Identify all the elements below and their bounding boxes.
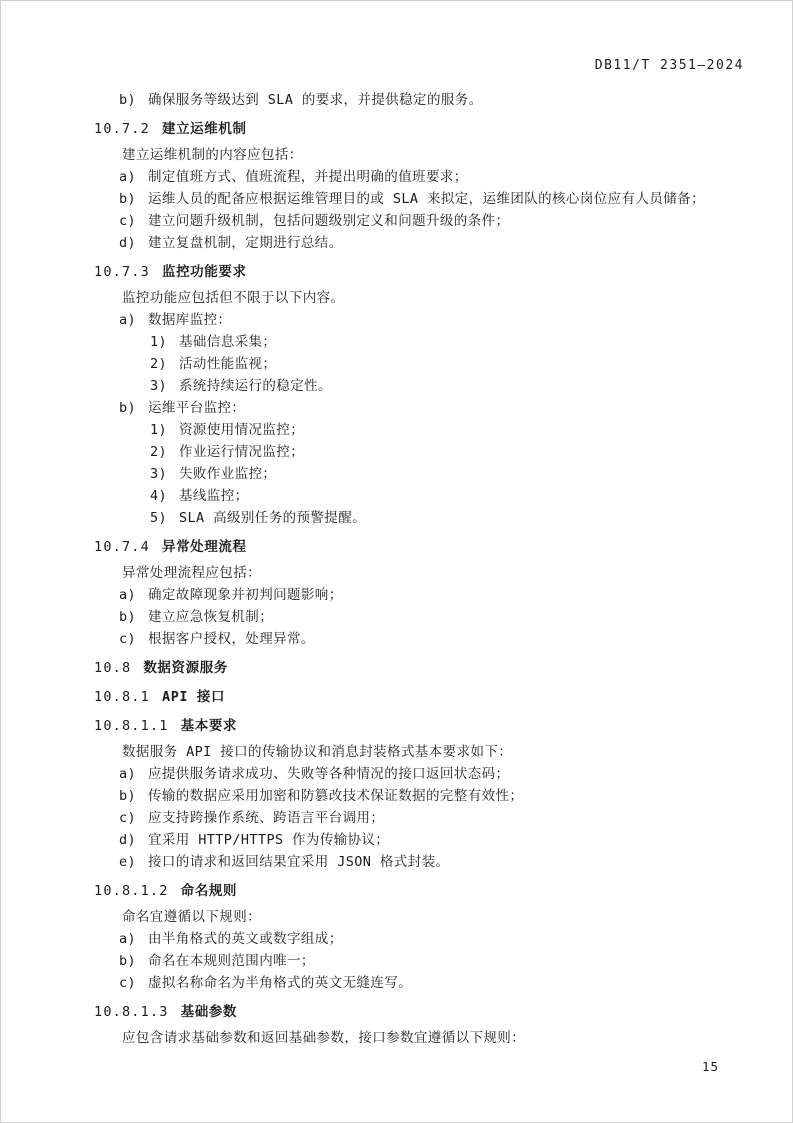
list-item: a)数据库监控：	[94, 309, 746, 331]
list-marker: 3)	[150, 463, 179, 485]
section-heading: 10.8.1.1基本要求	[94, 715, 746, 737]
list-marker: a)	[119, 584, 148, 606]
list-marker: c)	[119, 972, 148, 994]
list-marker: a)	[119, 309, 148, 331]
heading-title: 建立运维机制	[162, 121, 247, 137]
list-marker: 1)	[150, 419, 179, 441]
section-heading: 10.7.4异常处理流程	[94, 536, 746, 558]
document-page: DB11/T 2351—2024 b)确保服务等级达到 SLA 的要求，并提供稳…	[0, 0, 793, 1123]
list-marker: 2)	[150, 441, 179, 463]
paragraph: 数据服务 API 接口的传输协议和消息封装格式基本要求如下：	[94, 741, 746, 763]
list-item: b)传输的数据应采用加密和防篡改技术保证数据的完整有效性；	[94, 785, 746, 807]
section-heading: 10.7.2建立运维机制	[94, 118, 746, 140]
list-item-text: 由半角格式的英文或数字组成；	[148, 928, 746, 950]
list-marker: 5)	[150, 507, 179, 529]
list-item-text: 根据客户授权，处理异常。	[148, 628, 746, 650]
list-item: 2)作业运行情况监控；	[94, 441, 746, 463]
heading-number: 10.7.4	[94, 539, 150, 555]
paragraph: 建立运维机制的内容应包括：	[94, 144, 746, 166]
heading-title: API 接口	[162, 689, 225, 705]
heading-title: 命名规则	[181, 883, 237, 899]
list-item: b)确保服务等级达到 SLA 的要求，并提供稳定的服务。	[94, 89, 746, 111]
list-item-text: 确定故障现象并初判问题影响；	[148, 584, 746, 606]
list-marker: b)	[119, 606, 148, 628]
list-item-text: 运维人员的配备应根据运维管理目的或 SLA 来拟定，运维团队的核心岗位应有人员储…	[148, 188, 746, 210]
page-number: 15	[702, 1059, 719, 1074]
heading-number: 10.8.1.2	[94, 883, 169, 899]
list-item: b)运维人员的配备应根据运维管理目的或 SLA 来拟定，运维团队的核心岗位应有人…	[94, 188, 746, 210]
list-item: c)虚拟名称命名为半角格式的英文无缝连写。	[94, 972, 746, 994]
list-marker: e)	[119, 851, 148, 873]
list-item-text: 传输的数据应采用加密和防篡改技术保证数据的完整有效性；	[148, 785, 746, 807]
heading-title: 监控功能要求	[162, 264, 247, 280]
list-item: d)宜采用 HTTP/HTTPS 作为传输协议；	[94, 829, 746, 851]
list-item: a)由半角格式的英文或数字组成；	[94, 928, 746, 950]
heading-title: 异常处理流程	[162, 539, 247, 555]
list-item-text: 数据库监控：	[148, 309, 746, 331]
list-item-text: 确保服务等级达到 SLA 的要求，并提供稳定的服务。	[148, 89, 746, 111]
paragraph: 监控功能应包括但不限于以下内容。	[94, 287, 746, 309]
list-marker: b)	[119, 785, 148, 807]
list-item-text: 建立问题升级机制，包括问题级别定义和问题升级的条件；	[148, 210, 746, 232]
list-item-text: 制定值班方式、值班流程，并提出明确的值班要求；	[148, 166, 746, 188]
list-item: e)接口的请求和返回结果宜采用 JSON 格式封装。	[94, 851, 746, 873]
heading-number: 10.8.1.1	[94, 718, 169, 734]
list-item: 3)失败作业监控；	[94, 463, 746, 485]
section-heading: 10.8.1.2命名规则	[94, 880, 746, 902]
heading-number: 10.8.1	[94, 689, 150, 705]
list-marker: b)	[119, 397, 148, 419]
list-item-text: 基线监控；	[179, 485, 746, 507]
content: b)确保服务等级达到 SLA 的要求，并提供稳定的服务。10.7.2建立运维机制…	[94, 89, 746, 1049]
list-item: 5)SLA 高级别任务的预警提醒。	[94, 507, 746, 529]
list-item: 2)活动性能监视；	[94, 353, 746, 375]
list-item-text: 接口的请求和返回结果宜采用 JSON 格式封装。	[148, 851, 746, 873]
list-marker: b)	[119, 950, 148, 972]
paragraph: 异常处理流程应包括：	[94, 562, 746, 584]
list-item-text: 资源使用情况监控；	[179, 419, 746, 441]
list-item: b)命名在本规则范围内唯一；	[94, 950, 746, 972]
list-marker: b)	[119, 89, 148, 111]
list-marker: 3)	[150, 375, 179, 397]
list-item-text: 基础信息采集；	[179, 331, 746, 353]
list-item-text: 系统持续运行的稳定性。	[179, 375, 746, 397]
list-marker: c)	[119, 807, 148, 829]
list-item-text: 运维平台监控：	[148, 397, 746, 419]
heading-title: 数据资源服务	[143, 660, 228, 676]
paragraph: 命名宜遵循以下规则：	[94, 906, 746, 928]
list-marker: 1)	[150, 331, 179, 353]
list-item: 1)资源使用情况监控；	[94, 419, 746, 441]
list-marker: 4)	[150, 485, 179, 507]
list-item: c)根据客户授权，处理异常。	[94, 628, 746, 650]
heading-title: 基本要求	[181, 718, 237, 734]
heading-title: 基础参数	[181, 1004, 237, 1020]
section-heading: 10.8.1.3基础参数	[94, 1001, 746, 1023]
list-item: b)运维平台监控：	[94, 397, 746, 419]
list-item-text: SLA 高级别任务的预警提醒。	[179, 507, 746, 529]
heading-number: 10.8	[94, 660, 131, 676]
paragraph: 应包含请求基础参数和返回基础参数，接口参数宜遵循以下规则：	[94, 1027, 746, 1049]
list-item-text: 建立应急恢复机制；	[148, 606, 746, 628]
list-item: a)应提供服务请求成功、失败等各种情况的接口返回状态码；	[94, 763, 746, 785]
list-item: 1)基础信息采集；	[94, 331, 746, 353]
list-marker: d)	[119, 232, 148, 254]
list-item-text: 宜采用 HTTP/HTTPS 作为传输协议；	[148, 829, 746, 851]
list-item-text: 虚拟名称命名为半角格式的英文无缝连写。	[148, 972, 746, 994]
list-item: d)建立复盘机制，定期进行总结。	[94, 232, 746, 254]
list-marker: a)	[119, 928, 148, 950]
list-item: 4)基线监控；	[94, 485, 746, 507]
list-item: c)应支持跨操作系统、跨语言平台调用；	[94, 807, 746, 829]
list-marker: 2)	[150, 353, 179, 375]
section-heading: 10.7.3监控功能要求	[94, 261, 746, 283]
list-item-text: 命名在本规则范围内唯一；	[148, 950, 746, 972]
list-item-text: 应提供服务请求成功、失败等各种情况的接口返回状态码；	[148, 763, 746, 785]
heading-number: 10.8.1.3	[94, 1004, 169, 1020]
list-marker: a)	[119, 166, 148, 188]
list-item-text: 作业运行情况监控；	[179, 441, 746, 463]
list-item: a)确定故障现象并初判问题影响；	[94, 584, 746, 606]
list-marker: b)	[119, 188, 148, 210]
list-item: a)制定值班方式、值班流程，并提出明确的值班要求；	[94, 166, 746, 188]
heading-number: 10.7.3	[94, 264, 150, 280]
list-marker: d)	[119, 829, 148, 851]
heading-number: 10.7.2	[94, 121, 150, 137]
document-code: DB11/T 2351—2024	[595, 58, 744, 73]
section-heading: 10.8.1API 接口	[94, 686, 746, 708]
list-marker: c)	[119, 210, 148, 232]
list-item: c)建立问题升级机制，包括问题级别定义和问题升级的条件；	[94, 210, 746, 232]
list-item: 3)系统持续运行的稳定性。	[94, 375, 746, 397]
list-item-text: 建立复盘机制，定期进行总结。	[148, 232, 746, 254]
section-heading: 10.8数据资源服务	[94, 657, 746, 679]
list-marker: a)	[119, 763, 148, 785]
list-item-text: 活动性能监视；	[179, 353, 746, 375]
list-item-text: 应支持跨操作系统、跨语言平台调用；	[148, 807, 746, 829]
list-item: b)建立应急恢复机制；	[94, 606, 746, 628]
list-marker: c)	[119, 628, 148, 650]
list-item-text: 失败作业监控；	[179, 463, 746, 485]
